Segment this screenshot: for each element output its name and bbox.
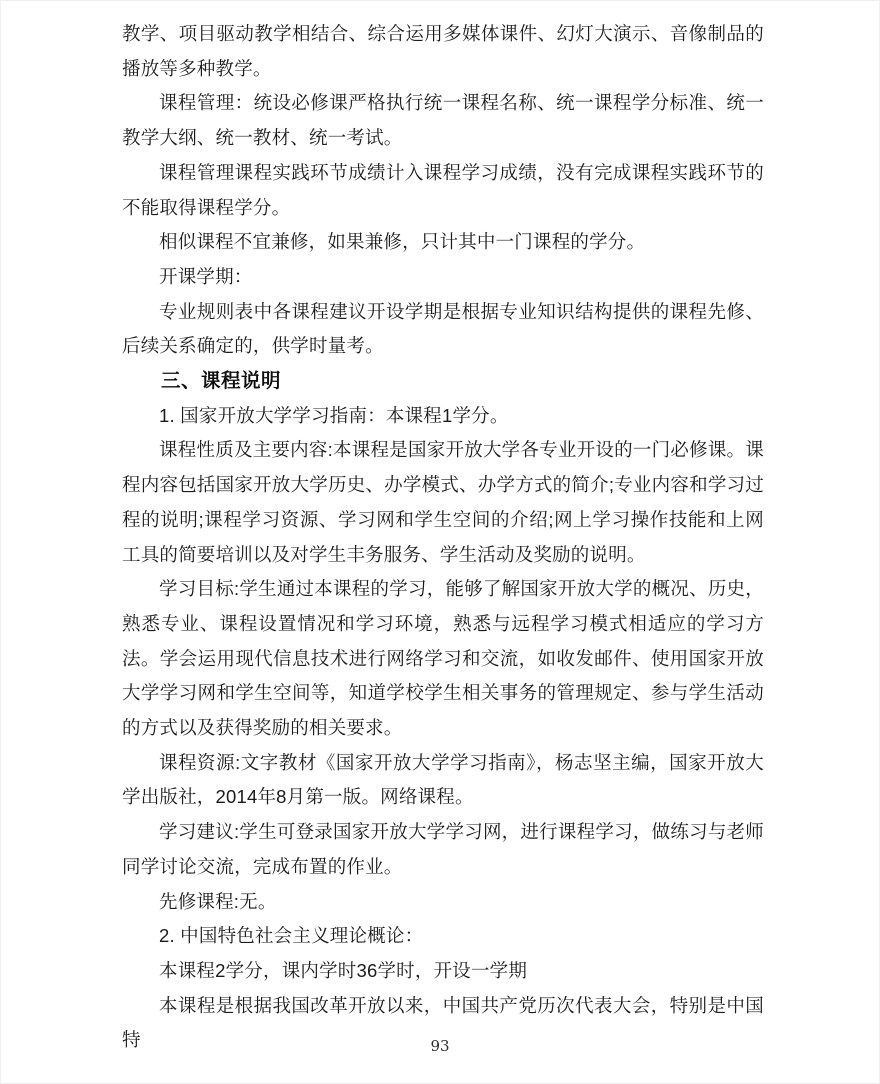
paragraph-course-practice-credit: 课程管理课程实践环节成绩计入课程学习成绩，没有完成课程实践环节的不能取得课程学分… bbox=[122, 156, 764, 225]
paragraph-semester-rules: 专业规则表中各课程建议开设学期是根据专业知识结构提供的课程先修、后续关系确定的，… bbox=[122, 295, 764, 364]
paragraph-prerequisites: 先修课程:无。 bbox=[122, 885, 764, 920]
paragraph-learning-suggestions: 学习建议:学生可登录国家开放大学学习网，进行课程学习，做练习与老师同学讨论交流，… bbox=[122, 815, 764, 884]
page-body-text: 教学、项目驱动教学相结合、综合运用多媒体课件、幻灯大演示、音像制品的播放等多种教… bbox=[122, 17, 764, 1058]
paragraph-semester-label: 开课学期： bbox=[122, 260, 764, 295]
paragraph-item2-socialism-theory: 2. 中国特色社会主义理论概论： bbox=[122, 919, 764, 954]
paragraph-course-resources: 课程资源:文字教材《国家开放大学学习指南》，杨志坚主编，国家开放大学出版社，20… bbox=[122, 746, 764, 815]
paragraph-course-management-unified: 课程管理：统设必修课严格执行统一课程名称、统一课程学分标准、统一教学大纲、统一教… bbox=[122, 86, 764, 155]
document-page: 教学、项目驱动教学相结合、综合运用多媒体课件、幻灯大演示、音像制品的播放等多种教… bbox=[0, 0, 880, 1084]
section-heading-course-description: 三、课程说明 bbox=[122, 364, 764, 399]
paragraph-course-nature-content: 课程性质及主要内容:本课程是国家开放大学各专业开设的一门必修课。课程内容包括国家… bbox=[122, 433, 764, 572]
page-number: 93 bbox=[1, 1037, 879, 1055]
paragraph-learning-objectives: 学习目标:学生通过本课程的学习，能够了解国家开放大学的概况、历史，熟悉专业、课程… bbox=[122, 572, 764, 746]
paragraph-similar-courses: 相似课程不宜兼修，如果兼修，只计其中一门课程的学分。 bbox=[122, 225, 764, 260]
paragraph-item2-credits-hours: 本课程2学分，课内学时36学时，开设一学期 bbox=[122, 954, 764, 989]
paragraph-teaching-methods-continued: 教学、项目驱动教学相结合、综合运用多媒体课件、幻灯大演示、音像制品的播放等多种教… bbox=[122, 17, 764, 86]
paragraph-item1-study-guide: 1. 国家开放大学学习指南：本课程1学分。 bbox=[122, 399, 764, 434]
